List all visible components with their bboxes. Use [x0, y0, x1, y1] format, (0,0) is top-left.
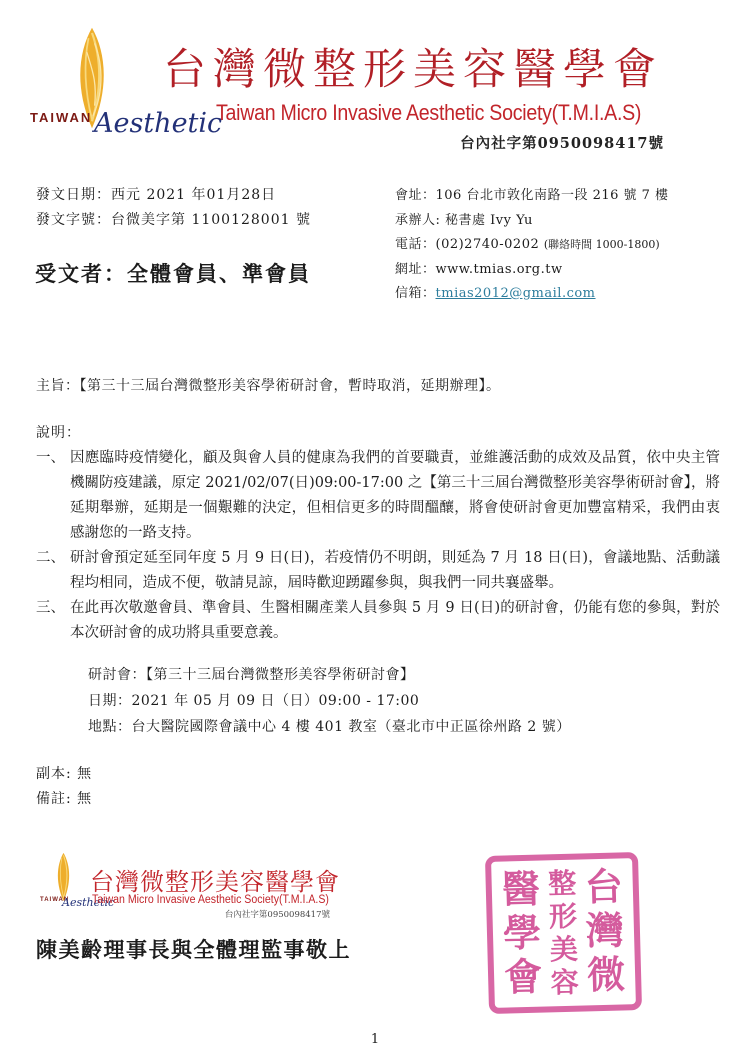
- document-meta: 發文日期：西元 2021 年01月28日 發文字號：台微美字第 11001280…: [36, 183, 311, 233]
- issue-number: 發文字號：台微美字第 1100128001 號: [36, 208, 311, 233]
- item-text: 因應臨時疫情變化，顧及與會人員的健康為我們的首要職責，並維護活動的成效及品質，依…: [70, 446, 720, 546]
- item-number: 二、: [36, 546, 70, 596]
- society-seal-stamp: 台灣微 整形美容 醫學會: [485, 852, 642, 1014]
- list-item: 二、 研討會預定延至同年度 5 月 9 日(日)，若疫情仍不明朗，則延為 7 月…: [36, 546, 720, 596]
- contact-website: 網址：www.tmias.org.tw: [395, 258, 669, 283]
- item-text: 在此再次敬邀會員、準會員、生醫相關產業人員參與 5 月 9 日(日)的研討會，仍…: [70, 596, 720, 646]
- contact-person: 承辦人: 秘書處 Ivy Yu: [395, 209, 669, 234]
- society-name-english: Taiwan Micro Invasive Aesthetic Society(…: [92, 894, 329, 906]
- society-name-english: Taiwan Micro Invasive Aesthetic Society(…: [216, 100, 641, 126]
- seminar-date: 日期：2021 年 05 月 09 日（日）09:00 - 17:00: [88, 688, 571, 714]
- copy-line: 副本: 無: [36, 763, 92, 783]
- contact-address: 會址：106 台北市敦化南路一段 216 號 7 樓: [395, 184, 669, 209]
- society-name-chinese: 台灣微整形美容醫學會: [90, 862, 340, 897]
- item-number: 一、: [36, 446, 70, 546]
- recipient-line: 受文者：全體會員、準會員: [35, 258, 311, 288]
- contact-phone-hours: (聯絡時間 1000-1800): [544, 238, 660, 251]
- subject-line: 主旨：【第三十三屆台灣微整形美容學術研討會，暫時取消，延期辦理】。: [36, 375, 726, 395]
- contact-phone: 電話：(02)2740-0202 (聯絡時間 1000-1800): [395, 233, 669, 258]
- seminar-location: 地點：台大醫院國際會議中心 4 樓 401 教室（臺北市中正區徐州路 2 號）: [88, 714, 571, 740]
- brand-aesthetic-script: Aesthetic: [94, 108, 222, 139]
- list-item: 一、 因應臨時疫情變化，顧及與會人員的健康為我們的首要職責，並維護活動的成效及品…: [36, 446, 720, 546]
- explanation-list: 一、 因應臨時疫情變化，顧及與會人員的健康為我們的首要職責，並維護活動的成效及品…: [36, 446, 720, 646]
- seminar-details: 研討會：【第三十三屆台灣微整形美容學術研討會】 日期：2021 年 05 月 0…: [88, 662, 571, 740]
- list-item: 三、 在此再次敬邀會員、準會員、生醫相關產業人員參與 5 月 9 日(日)的研討…: [36, 596, 720, 646]
- registration-number: 台內社字第0950098417號: [92, 908, 330, 920]
- footer-logo: TAIWAN Aesthetic 台灣微整形美容醫學會 Taiwan Micro…: [38, 852, 338, 924]
- society-name-chinese: 台灣微整形美容醫學會: [163, 36, 723, 97]
- explanation-label: 說明：: [36, 422, 81, 442]
- seal-text: 台灣微 整形美容 醫學會: [499, 864, 627, 1001]
- letter-page: TAIWAN Aesthetic 台灣微整形美容醫學會 Taiwan Micro…: [0, 0, 750, 1061]
- item-number: 三、: [36, 596, 70, 646]
- signature-line: 陳美齡理事長與全體理監事敬上: [36, 934, 351, 964]
- seminar-name: 研討會：【第三十三屆台灣微整形美容學術研討會】: [88, 662, 571, 688]
- brand-taiwan-text: TAIWAN: [30, 110, 92, 125]
- contact-email-line: 信箱：tmias2012@gmail.com: [395, 282, 669, 307]
- letterhead: TAIWAN Aesthetic 台灣微整形美容醫學會 Taiwan Micro…: [0, 0, 750, 170]
- seal-column: 醫學會: [499, 867, 544, 1002]
- contact-block: 會址：106 台北市敦化南路一段 216 號 7 樓 承辦人: 秘書處 Ivy …: [395, 184, 669, 307]
- seal-column: 台灣微: [582, 864, 627, 999]
- contact-email-link[interactable]: tmias2012@gmail.com: [436, 286, 596, 301]
- item-text: 研討會預定延至同年度 5 月 9 日(日)，若疫情仍不明朗，則延為 7 月 18…: [70, 546, 720, 596]
- contact-email-label: 信箱：: [395, 286, 436, 301]
- registration-number: 台內社字第0950098417號: [460, 132, 664, 153]
- page-number: 1: [0, 1032, 750, 1047]
- feather-logo-icon: [50, 852, 77, 902]
- note-line: 備註: 無: [36, 788, 92, 808]
- seal-column: 整形美容: [546, 866, 581, 1001]
- issue-date: 發文日期：西元 2021 年01月28日: [36, 183, 311, 208]
